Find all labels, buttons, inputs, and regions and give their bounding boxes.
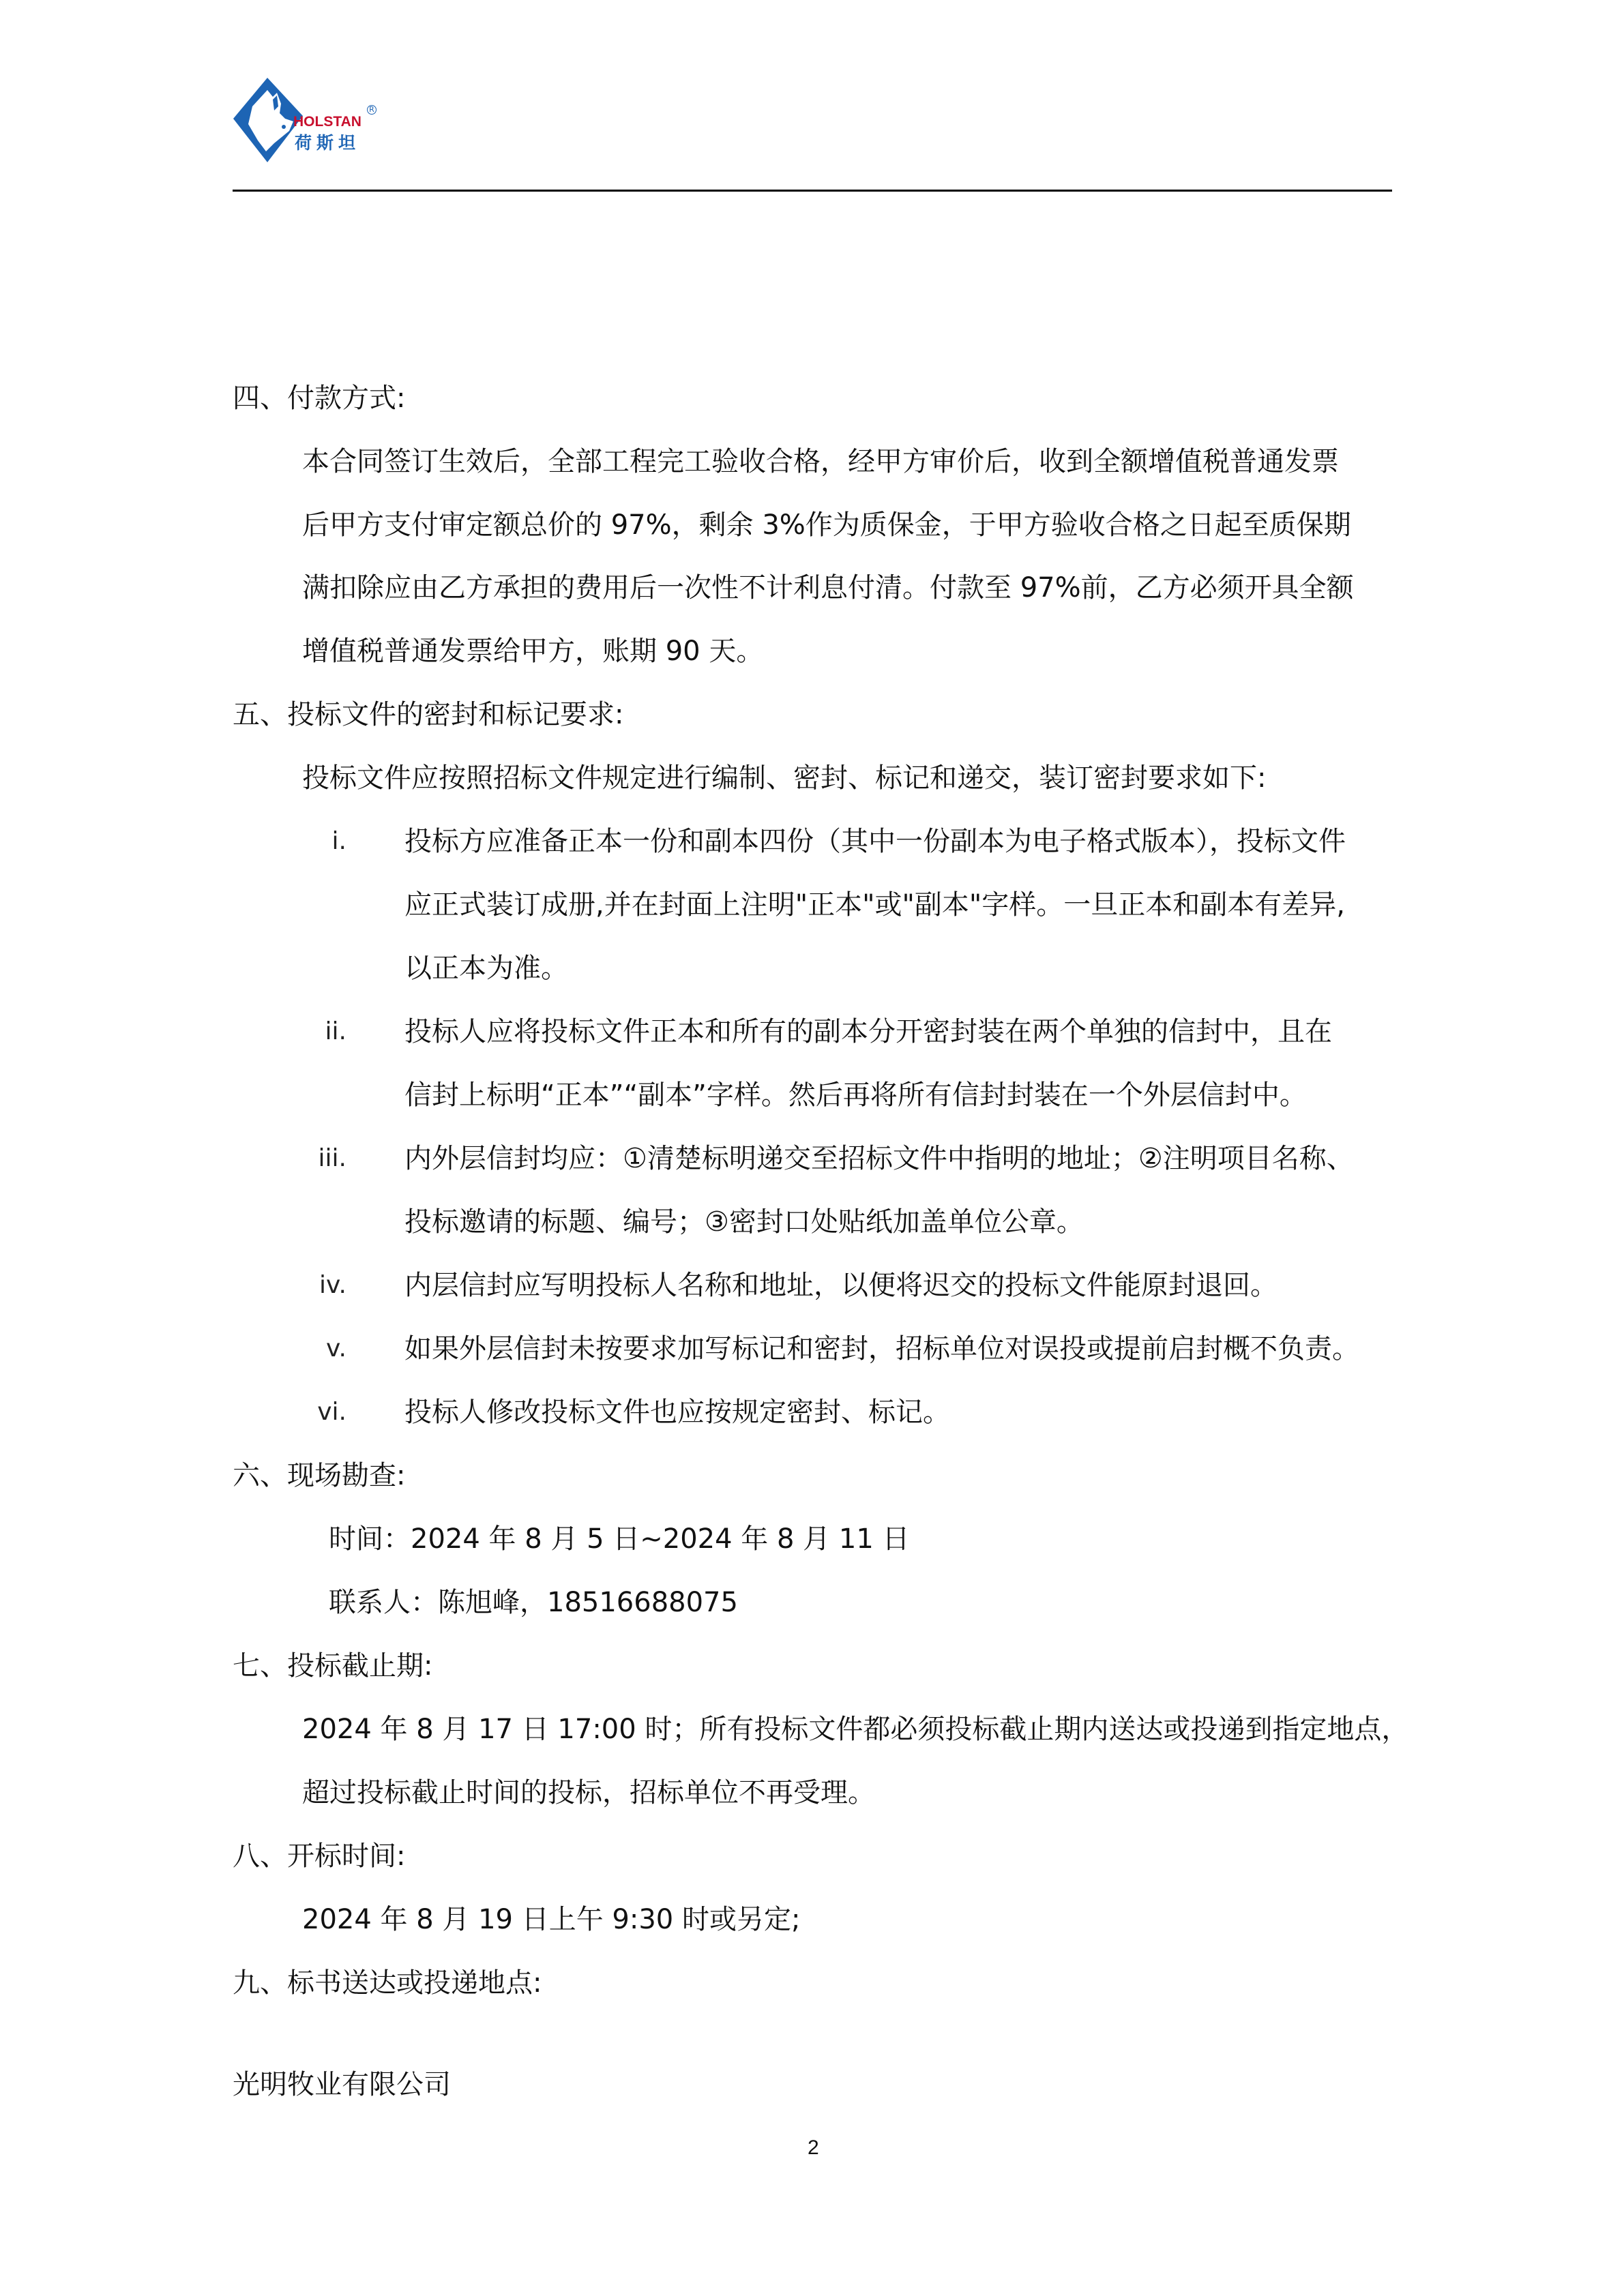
list-number: i.: [292, 825, 346, 858]
list-item-line: 投标人应将投标文件正本和所有的副本分开密封装在两个单独的信封中，且在: [404, 1015, 1332, 1048]
list-item-line: 以正本为准。: [404, 952, 568, 985]
list-number: ii.: [292, 1015, 346, 1048]
survey-time: 时间：2024 年 8 月 5 日~2024 年 8 月 11 日: [329, 1523, 910, 1555]
paragraph-line: 2024 年 8 月 17 日 17:00 时；所有投标文件都必须投标截止期内送…: [302, 1713, 1408, 1746]
company-name: 光明牧业有限公司: [233, 2068, 451, 2101]
logo-brand-cn: 荷斯坦: [295, 130, 360, 154]
section-heading-site-survey: 六、现场勘查:: [233, 1459, 405, 1492]
list-item-line: 内外层信封均应：①清楚标明递交至招标文件中指明的地址；②注明项目名称、: [404, 1142, 1354, 1175]
paragraph-line: 超过投标截止时间的投标，招标单位不再受理。: [302, 1776, 875, 1809]
holstan-logo: HOLSTAN R 荷斯坦: [232, 76, 382, 165]
section-heading-deadline: 七、投标截止期:: [233, 1650, 432, 1682]
list-item-line: 内层信封应写明投标人名称和地址，以便将迟交的投标文件能原封退回。: [404, 1269, 1278, 1302]
logo-brand-en: HOLSTAN: [293, 114, 361, 130]
paragraph-intro: 投标文件应按照招标文件规定进行编制、密封、标记和递交，装订密封要求如下:: [302, 762, 1266, 794]
page-number: 2: [808, 2136, 819, 2160]
list-item-line: 如果外层信封未按要求加写标记和密封，招标单位对误投或提前启封概不负责。: [404, 1332, 1359, 1365]
list-item-line: 投标邀请的标题、编号；③密封口处贴纸加盖单位公章。: [404, 1206, 1084, 1238]
list-number: iv.: [292, 1269, 346, 1302]
section-heading-bid-opening: 八、开标时间:: [233, 1840, 405, 1873]
header-divider: [233, 190, 1392, 192]
survey-contact: 联系人：陈旭峰，18516688075: [329, 1586, 738, 1619]
list-item-line: 投标人修改投标文件也应按规定密封、标记。: [404, 1396, 950, 1429]
paragraph-line: 后甲方支付审定额总价的 97%，剩余 3%作为质保金，于甲方验收合格之日起至质保…: [302, 509, 1351, 541]
section-heading-delivery-location: 九、标书送达或投递地点:: [233, 1967, 542, 1999]
list-item-line: 信封上标明“正本”“副本”字样。然后再将所有信封封装在一个外层信封中。: [404, 1079, 1307, 1112]
list-number: vi.: [292, 1396, 346, 1429]
list-number: iii.: [292, 1142, 346, 1175]
list-item-line: 应正式装订成册,并在封面上注明"正本"或"副本"字样。一旦正本和副本有差异,: [404, 889, 1345, 921]
registered-mark-icon: R: [367, 105, 377, 115]
paragraph-line: 2024 年 8 月 19 日上午 9:30 时或另定;: [302, 1903, 800, 1936]
paragraph-line: 增值税普通发票给甲方，账期 90 天。: [302, 635, 763, 668]
list-item-line: 投标方应准备正本一份和副本四份（其中一份副本为电子格式版本），投标文件: [404, 825, 1346, 858]
section-heading-payment: 四、付款方式:: [233, 382, 405, 415]
list-number: v.: [292, 1332, 346, 1365]
paragraph-line: 满扣除应由乙方承担的费用后一次性不计利息付清。付款至 97%前，乙方必须开具全额: [302, 571, 1354, 604]
section-heading-sealing: 五、投标文件的密封和标记要求:: [233, 698, 623, 731]
paragraph-line: 本合同签订生效后，全部工程完工验收合格，经甲方审价后，收到全额增值税普通发票: [302, 445, 1339, 478]
